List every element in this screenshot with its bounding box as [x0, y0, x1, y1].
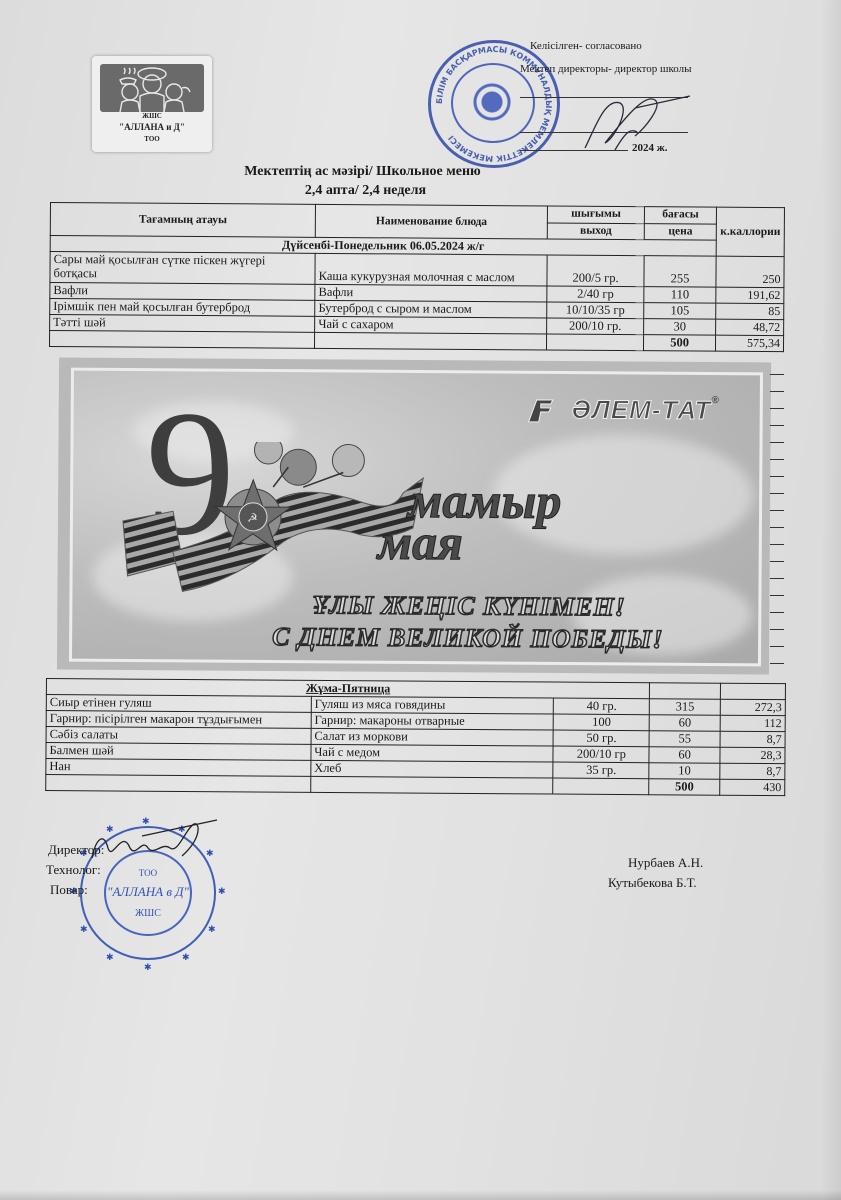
- header-yield-ru: выход: [547, 222, 644, 239]
- total-kcal: 575,34: [716, 335, 784, 351]
- dish-price: 10: [649, 763, 720, 779]
- state-emblem-icon: [467, 77, 517, 127]
- dish-name-ru: Гуляш из мяса говядины: [311, 696, 554, 714]
- dish-name-kz: Тәтті шәй: [50, 315, 315, 333]
- header-yield-kz: шығымы: [547, 206, 644, 223]
- logo-text-too: ТОО: [92, 135, 212, 143]
- dish-yield: 10/10/35 гр: [547, 302, 644, 319]
- table-header-row: Тағамның атауы Наименование блюда шығымы…: [50, 203, 784, 225]
- header-price-kz: бағасы: [645, 207, 717, 224]
- dish-price: 315: [650, 699, 721, 715]
- page-title: Мектептің ас мәзірі/ Школьное меню: [0, 164, 783, 180]
- chef-family-illustration: [100, 64, 204, 112]
- dish-yield: 40 гр.: [554, 698, 650, 715]
- technologist-label: Технолог:: [46, 862, 101, 878]
- company-logo: ЖШС "АЛЛАНА и Д" ТОО: [92, 56, 212, 152]
- dish-name-kz: Сәбіз салаты: [46, 727, 311, 745]
- dish-name-ru: Каша кукурузная молочная с маслом: [315, 253, 547, 286]
- dish-name-kz: Балмен шәй: [46, 743, 311, 761]
- dish-kcal: 191,62: [716, 287, 784, 303]
- logo-company-name: "АЛЛАНА и Д": [92, 122, 212, 132]
- dish-name-ru: Салат из моркови: [311, 728, 554, 746]
- victory-day-banner: 9 ☭ ӘЛЕМ-ТАТ® мамыр мая ҰЛЫ ЖЕҢІС КҮНІМЕ…: [57, 358, 771, 675]
- dish-price: 55: [649, 731, 720, 747]
- dish-kcal: 8,7: [720, 763, 785, 779]
- dish-kcal: 272,3: [720, 699, 785, 715]
- dish-price: 255: [644, 256, 716, 288]
- dish-kcal: 48,72: [716, 319, 784, 335]
- dish-yield: 200/5 гр.: [547, 255, 644, 287]
- banner-month-ru: мая: [378, 513, 463, 572]
- technologist-name: Кутыбекова Б.Т.: [608, 875, 697, 891]
- dish-name-kz: Сиыр етінен гуляш: [46, 695, 311, 713]
- director-name: Нурбаев А.Н.: [628, 855, 703, 871]
- dish-price: 105: [644, 303, 716, 320]
- approval-role: Мектеп директоры- директор школы: [520, 63, 692, 75]
- page-subtitle: 2,4 апта/ 2,4 неделя: [0, 183, 786, 199]
- total-price: 500: [644, 335, 716, 352]
- dish-name-ru: Вафли: [315, 284, 547, 302]
- dish-name-kz: Ірімшік пен май қосылған бутерброд: [50, 299, 315, 317]
- dish-kcal: 250: [716, 256, 784, 287]
- banner-greeting-ru: С ДНЕМ ВЕЛИКОЙ ПОБЕДЫ!: [272, 622, 664, 655]
- paper-edge-shadow: [821, 0, 841, 1200]
- dish-name-ru: Хлеб: [311, 760, 554, 778]
- menu-table-friday: Жұма-Пятница Сиыр етінен гуляш Гуляш из …: [45, 678, 786, 796]
- header-kcal: к.каллории: [716, 207, 784, 256]
- dish-yield: 200/10 гр: [553, 746, 649, 763]
- dish-kcal: 85: [716, 303, 784, 319]
- director-signature: [575, 88, 695, 158]
- total-price: 500: [649, 779, 720, 795]
- brand-logo-icon: [525, 398, 555, 424]
- cook-label: Повар:: [50, 882, 88, 898]
- dish-yield: 2/40 гр: [547, 286, 644, 303]
- svg-text:☭: ☭: [247, 511, 258, 525]
- logo-text-zhshs: ЖШС: [92, 112, 212, 120]
- dish-name-ru: Гарнир: макароны отварные: [311, 712, 554, 730]
- dish-name-kz: Вафли: [50, 283, 315, 301]
- brand-name: ӘЛЕМ-ТАТ®: [571, 394, 719, 426]
- dish-name-ru: Бутерброд с сыром и маслом: [315, 300, 547, 318]
- dish-yield: 200/10 гр.: [547, 318, 644, 335]
- total-kcal: 430: [720, 779, 785, 795]
- dish-price: 60: [649, 747, 720, 763]
- header-price-ru: цена: [644, 223, 716, 240]
- dish-name-kz: Нан: [46, 759, 311, 777]
- dish-yield: 50 гр.: [553, 730, 649, 747]
- menu-table-monday: Тағамның атауы Наименование блюда шығымы…: [49, 202, 785, 352]
- dish-name-kz: Сары май қосылған сүтке піскен жүгерібот…: [50, 252, 315, 285]
- dish-price: 30: [644, 319, 716, 336]
- banner-greeting-kz: ҰЛЫ ЖЕҢІС КҮНІМЕН!: [312, 590, 626, 622]
- header-name-ru: Наименование блюда: [315, 204, 547, 239]
- header-name-kz: Тағамның атауы: [50, 203, 315, 238]
- hidden-table-rows-edge: [770, 374, 784, 664]
- dish-yield: 35 гр.: [553, 762, 649, 779]
- dish-name-kz: Гарнир: пісірілген макарон тұздығымен: [46, 711, 311, 729]
- dish-name-ru: Чай с медом: [311, 744, 554, 762]
- approval-agreed: Келісілген- согласовано: [530, 40, 642, 52]
- dish-yield: 100: [554, 714, 650, 731]
- director-label: Директор:: [48, 842, 104, 858]
- dish-kcal: 8,7: [720, 731, 785, 747]
- dish-kcal: 112: [720, 715, 785, 731]
- dish-price: 110: [644, 287, 716, 304]
- dish-kcal: 28,3: [720, 747, 785, 763]
- dish-price: 60: [649, 715, 720, 731]
- dish-name-ru: Чай с сахаром: [315, 316, 547, 334]
- table-row: Сары май қосылған сүтке піскен жүгерібот…: [50, 252, 784, 288]
